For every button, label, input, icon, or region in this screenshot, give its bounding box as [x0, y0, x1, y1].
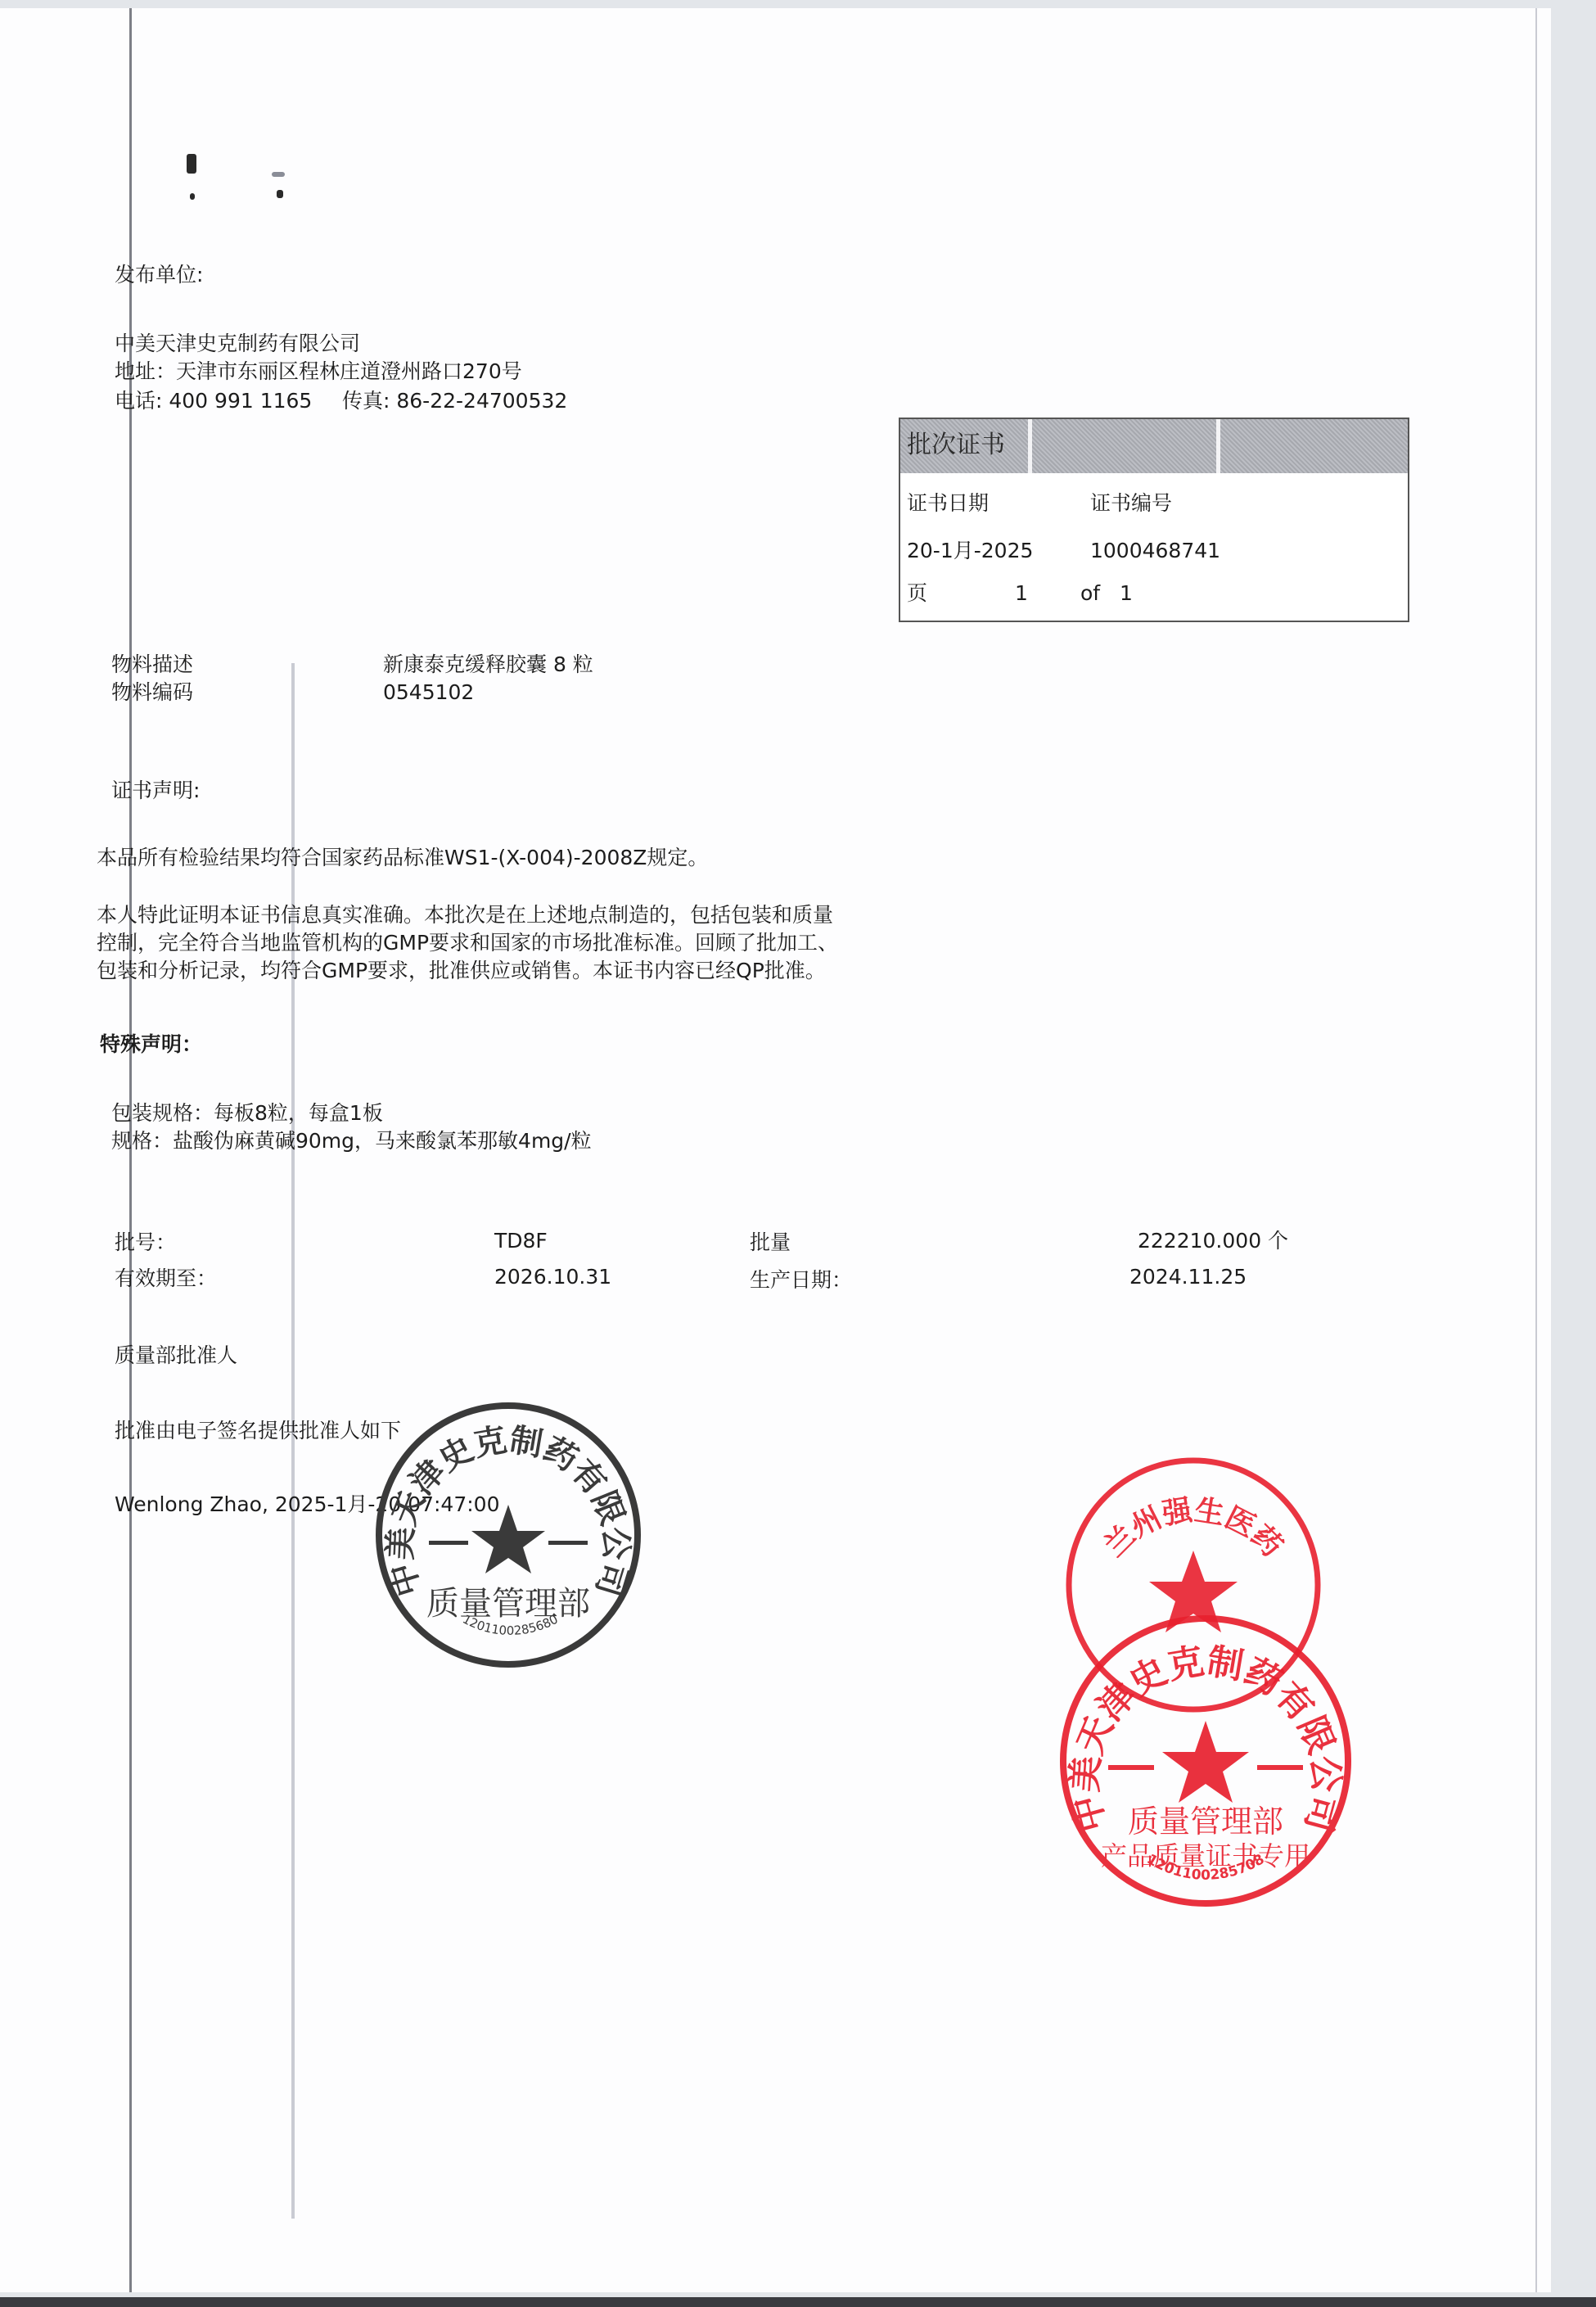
statement-para-2-line-1: 本人特此证明本证书信息真实准确。本批次是在上述地点制造的，包括包装和质量 [97, 902, 833, 928]
dosage-spec: 规格：盐酸伪麻黄碱90mg，马来酸氯苯那敏4mg/粒 [111, 1128, 592, 1154]
mfg-date-value: 2024.11.25 [1129, 1264, 1247, 1290]
product-quality-certificate-seal-red: 中美天津史克制药有限公司 质量管理部 产品质量证书专用 120110028570… [1057, 1613, 1354, 1909]
special-heading: 特殊声明： [100, 1032, 202, 1058]
expiry-value: 2026.10.31 [494, 1264, 611, 1290]
esign-note: 批准由电子签名提供批准人如下 [115, 1418, 401, 1444]
page-total: 1 [1120, 581, 1133, 606]
material-desc-label: 物料描述 [111, 652, 193, 678]
page-label: 页 [907, 581, 927, 606]
packaging-spec: 包装规格：每板8粒，每盒1板 [111, 1100, 383, 1126]
svg-text:质量管理部: 质量管理部 [426, 1585, 590, 1623]
company-fax: 传真: 86-22-24700532 [342, 388, 567, 414]
page-current: 1 [1015, 581, 1028, 606]
quality-dept-seal-gray: 中美天津史克制药有限公司 质量管理部 1201100285680 [373, 1400, 643, 1670]
seal-graphic: 中美天津史克制药有限公司 质量管理部 1201100285680 [373, 1400, 643, 1670]
batch-no-value: TD8F [494, 1228, 548, 1254]
company-address: 地址：天津市东丽区程林庄道澄州路口270号 [115, 359, 522, 385]
logo-mark [190, 193, 195, 200]
certificate-number-label: 证书编号 [1090, 491, 1172, 516]
issuer-label: 发布单位: [115, 262, 203, 288]
statement-para-2-line-3: 包装和分析记录，均符合GMP要求，批准供应或销售。本证书内容已经QP批准。 [97, 958, 826, 984]
batch-no-label: 批号： [115, 1230, 176, 1256]
certificate-title: 批次证书 [907, 431, 1005, 460]
company-phone: 电话: 400 991 1165 [115, 388, 312, 414]
statement-line-1: 本品所有检验结果均符合国家药品标准WS1-(X-004)-2008Z规定。 [97, 845, 708, 871]
logo-mark [187, 154, 196, 174]
quantity-value: 222210.000 个 [1138, 1228, 1288, 1254]
logo-mark [272, 172, 285, 177]
quantity-label: 批量 [750, 1230, 791, 1256]
certificate-date-label: 证书日期 [907, 491, 989, 516]
certificate-number-value: 1000468741 [1090, 539, 1220, 563]
approver-label: 质量部批准人 [115, 1343, 237, 1369]
statement-heading: 证书声明: [111, 778, 200, 804]
page-of: of [1080, 581, 1100, 606]
mfg-date-label: 生产日期： [750, 1267, 852, 1293]
scan-bottom-edge [0, 2297, 1596, 2307]
seal-graphic: 中美天津史克制药有限公司 质量管理部 产品质量证书专用 120110028570… [1057, 1613, 1354, 1909]
batch-certificate-box: 批次证书 证书日期 证书编号 20-1月-2025 1000468741 页 1… [899, 418, 1409, 622]
company-name: 中美天津史克制药有限公司 [115, 331, 360, 357]
certificate-header: 批次证书 [900, 419, 1408, 473]
material-code-label: 物料编码 [111, 679, 193, 706]
scan-line [1535, 8, 1537, 2292]
logo-mark [277, 190, 283, 198]
document-page: 发布单位: 中美天津史克制药有限公司 地址：天津市东丽区程林庄道澄州路口270号… [0, 8, 1551, 2292]
certificate-date-value: 20-1月-2025 [907, 539, 1033, 563]
material-desc-value: 新康泰克缓释胶囊 8 粒 [383, 652, 593, 678]
svg-text:质量管理部: 质量管理部 [1128, 1804, 1283, 1840]
statement-para-2-line-2: 控制，完全符合当地监管机构的GMP要求和国家的市场批准标准。回顾了批加工、 [97, 930, 838, 956]
svg-text:产品质量证书专用: 产品质量证书专用 [1101, 1840, 1310, 1871]
expiry-label: 有效期至： [115, 1266, 217, 1292]
material-code-value: 0545102 [383, 679, 474, 706]
